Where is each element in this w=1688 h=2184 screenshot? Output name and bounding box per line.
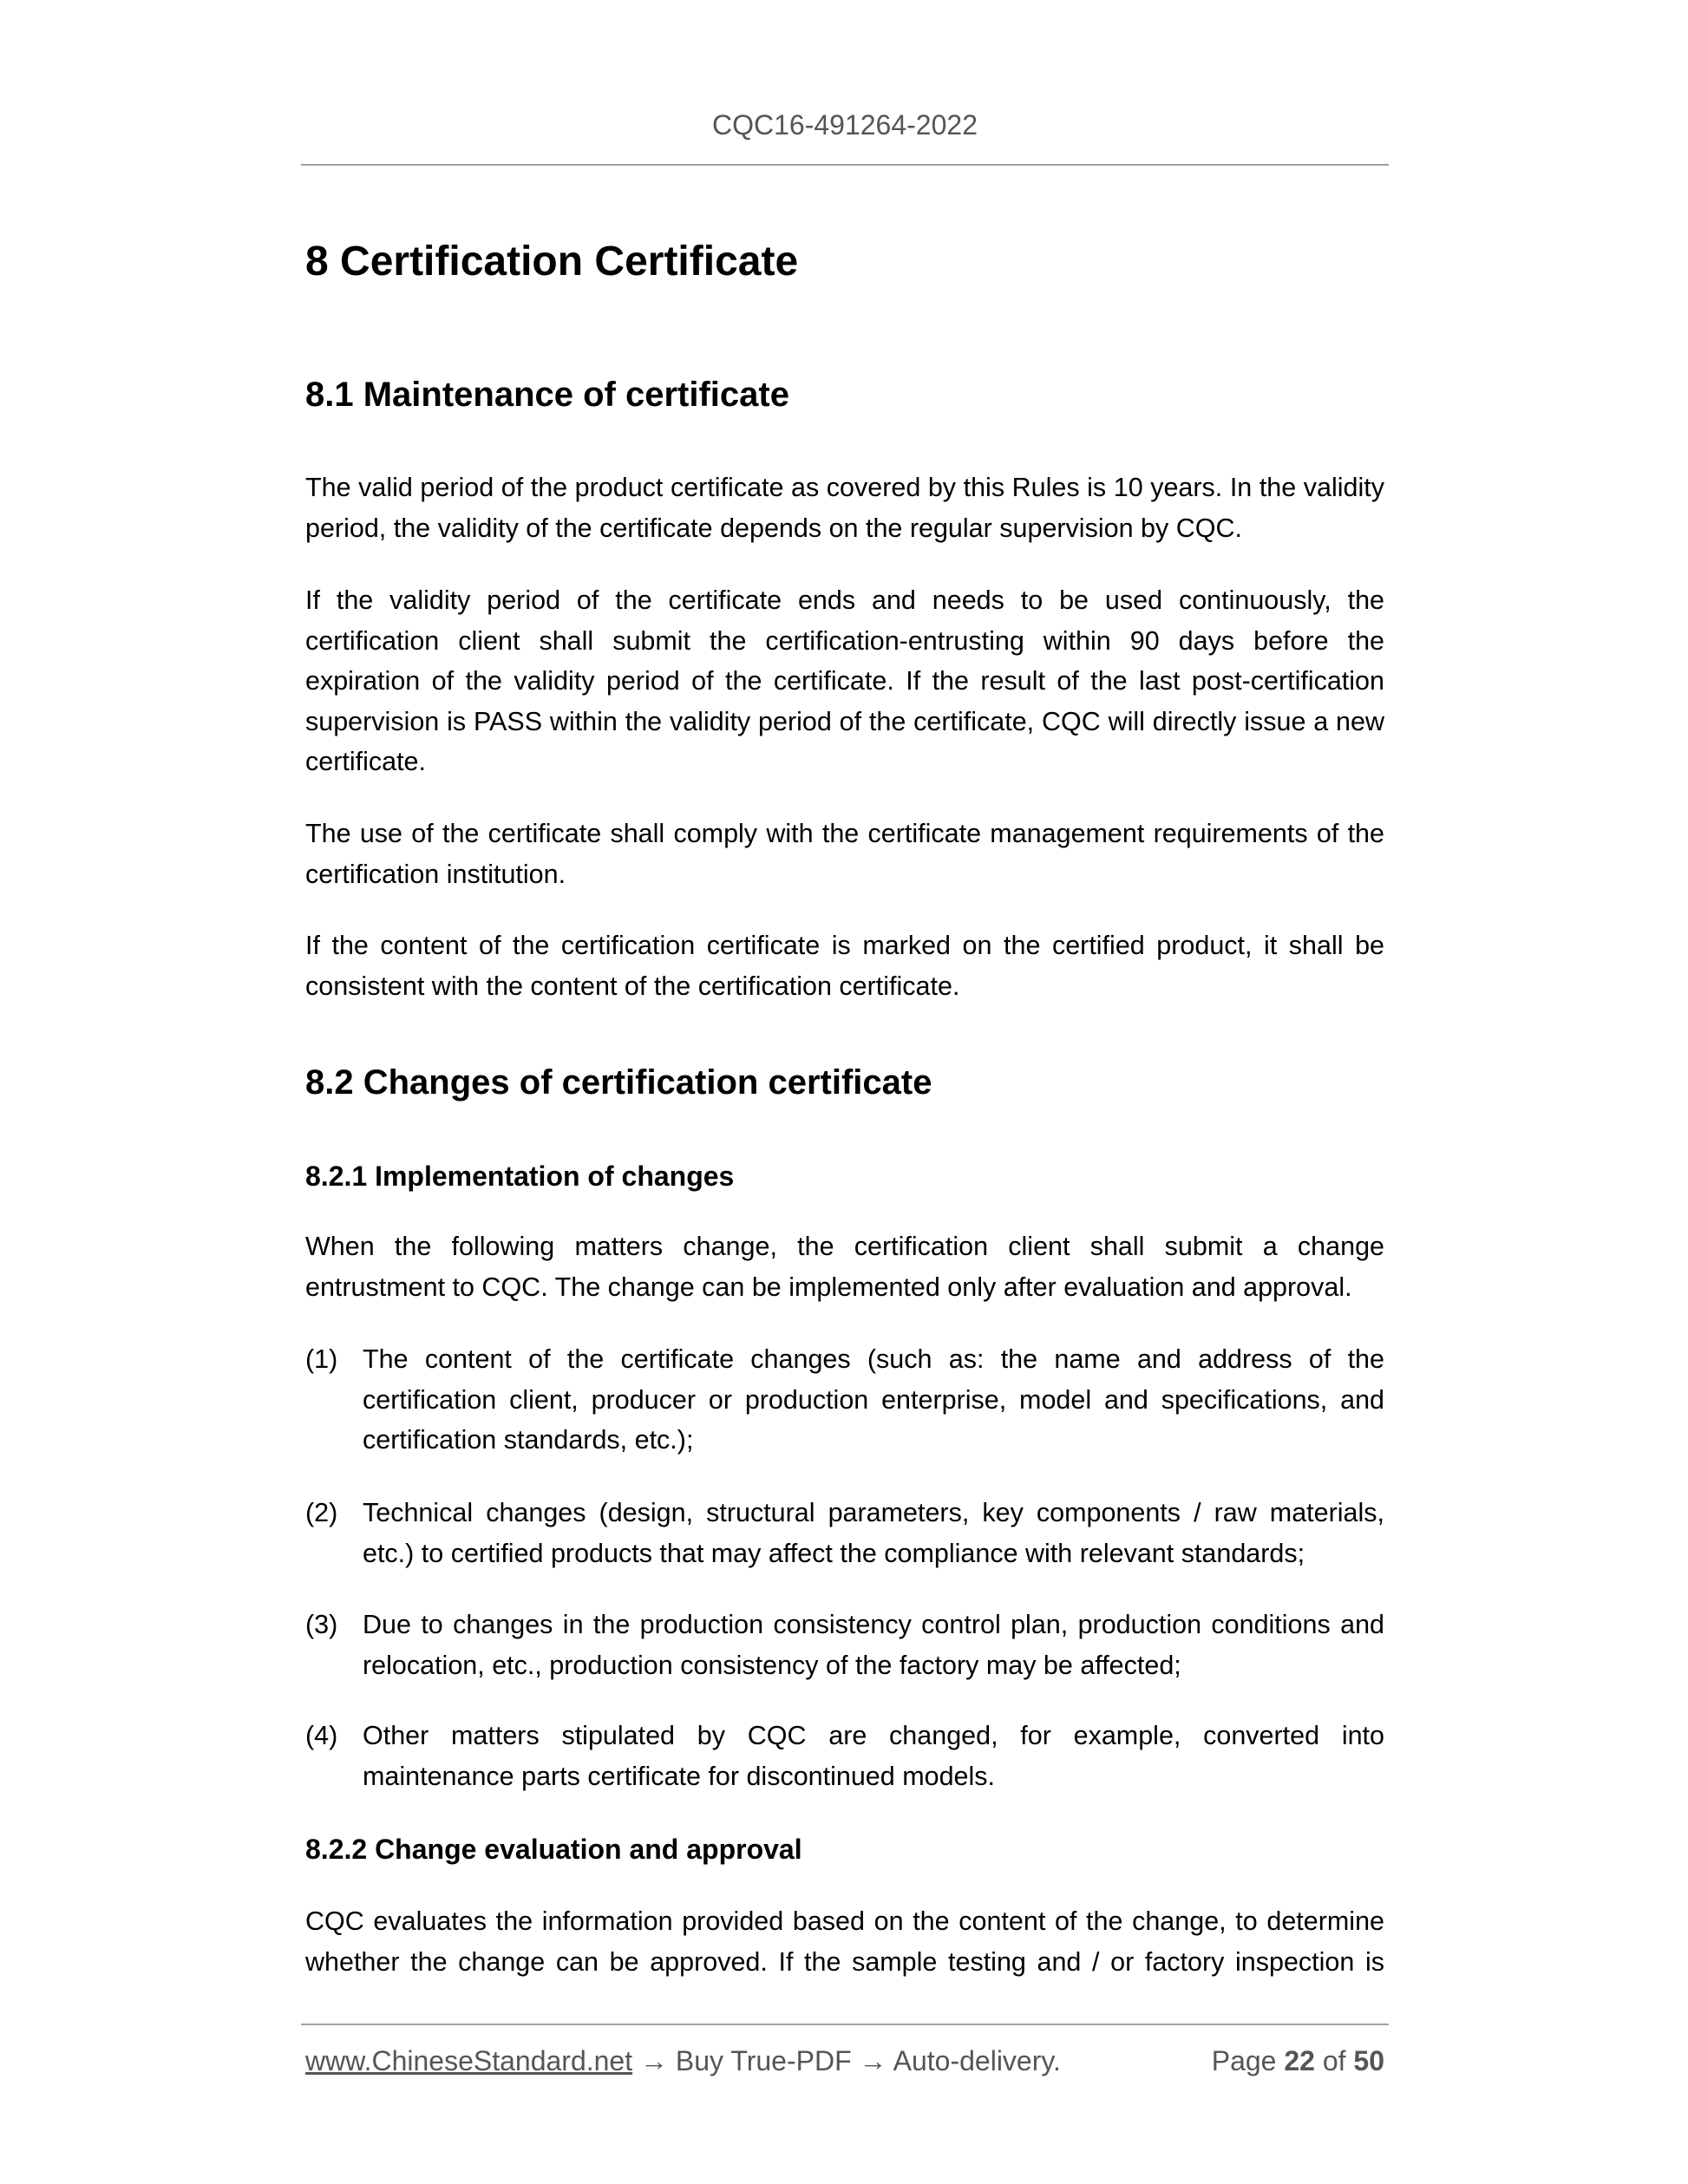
footer: www.ChineseStandard.net → Buy True-PDF →… — [305, 2043, 1384, 2078]
list-item: (2) Technical changes (design, structura… — [305, 1493, 1384, 1573]
list-text: Technical changes (design, structural pa… — [363, 1493, 1384, 1573]
list-text: The content of the certificate changes (… — [363, 1339, 1384, 1461]
page-indicator: Page 22 of 50 — [1212, 2043, 1384, 2078]
header-divider — [301, 164, 1389, 166]
section-heading-8-2: 8.2 Changes of certification certificate — [305, 1062, 1384, 1103]
list-item: (4) Other matters stipulated by CQC are … — [305, 1716, 1384, 1796]
website-link[interactable]: www.ChineseStandard.net — [305, 2045, 632, 2076]
subsection-heading-8-2-2: 8.2.2 Change evaluation and approval — [305, 1832, 1384, 1867]
footer-divider — [301, 2024, 1389, 2025]
page-label: Page — [1212, 2045, 1277, 2076]
section-heading-8-1: 8.1 Maintenance of certificate — [305, 374, 1384, 415]
page-total: 50 — [1353, 2045, 1384, 2076]
footer-delivery-text: → Auto-delivery. — [860, 2045, 1061, 2076]
paragraph: If the content of the certification cert… — [305, 925, 1384, 1006]
paragraph: The use of the certificate shall comply … — [305, 814, 1384, 894]
list-text: Other matters stipulated by CQC are chan… — [363, 1716, 1384, 1796]
list-number: (2) — [305, 1493, 337, 1533]
footer-buy-text: → Buy True-PDF — [632, 2045, 859, 2076]
list-number: (3) — [305, 1605, 337, 1645]
paragraph: The valid period of the product certific… — [305, 468, 1384, 548]
document-code-header: CQC16-491264-2022 — [301, 108, 1389, 142]
paragraph: When the following matters change, the c… — [305, 1226, 1384, 1307]
subsection-heading-8-2-1: 8.2.1 Implementation of changes — [305, 1159, 1384, 1193]
list-text: Due to changes in the production consist… — [363, 1605, 1384, 1685]
page-current: 22 — [1284, 2045, 1315, 2076]
list-number: (1) — [305, 1339, 337, 1380]
list-number: (4) — [305, 1716, 337, 1756]
list-item: (1) The content of the certificate chang… — [305, 1339, 1384, 1461]
paragraph: If the validity period of the certificat… — [305, 580, 1384, 782]
of-label: of — [1323, 2045, 1346, 2076]
paragraph: CQC evaluates the information provided b… — [305, 1901, 1384, 1982]
chapter-heading: 8 Certification Certificate — [305, 238, 1384, 286]
list-item: (3) Due to changes in the production con… — [305, 1605, 1384, 1685]
